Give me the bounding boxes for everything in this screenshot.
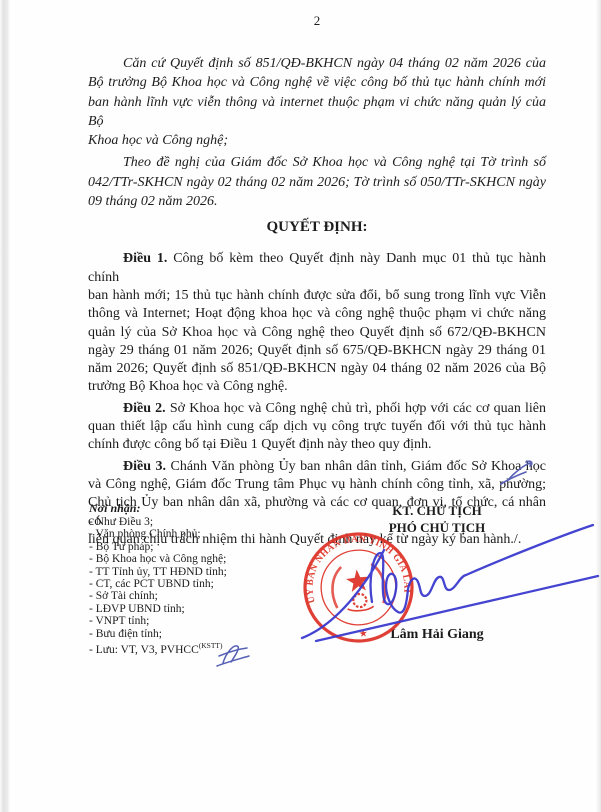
- text-line: Theo đề nghị của Giám đốc Sở Khoa học và…: [88, 153, 546, 172]
- text-line: 042/TTr-SKHCN ngày 02 tháng 02 năm 2026;…: [88, 173, 546, 192]
- text-line: thông và Internet; Hoạt động khoa học và…: [88, 305, 546, 323]
- text-line: ban hành mới; 15 thủ tục hành chính được…: [88, 287, 546, 305]
- paraph-initial-luu: [213, 641, 255, 667]
- paragraph: Theo đề nghị của Giám đốc Sở Khoa học và…: [88, 153, 546, 211]
- scan-edge-left: [0, 0, 10, 812]
- text-line: Điều 3. Chánh Văn phòng Ủy ban nhân dân …: [88, 458, 546, 476]
- paragraph: Căn cứ Quyết định số 851/QĐ-BKHCN ngày 0…: [88, 54, 546, 150]
- text-line: Khoa học và Công nghệ;: [88, 131, 546, 150]
- signature-letters: [371, 553, 466, 613]
- signature-upstroke: [466, 525, 593, 575]
- text-line: chính được công bố tại Điều 1 Quyết định…: [88, 436, 546, 454]
- text-line: ban hành lĩnh vực viễn thông và internet…: [88, 93, 546, 132]
- text-line: năm 2026; Quyết định số 851/QĐ-BKHCN ngà…: [88, 360, 546, 378]
- text-line: Điều 1. Công bố kèm theo Quyết định này …: [88, 250, 546, 287]
- text-line: và Công nghệ, Giám đốc Trung tâm Phục vụ…: [88, 476, 546, 494]
- text-line: Điều 2. Sở Khoa học và Công nghệ chủ trì…: [88, 400, 546, 418]
- scan-edge-right: [596, 0, 601, 812]
- text-line: quan thiết lập cấu hình cung cấp dịch vụ…: [88, 418, 546, 436]
- paraph-initial-article3: [496, 459, 540, 487]
- text-line: trưởng Bộ Khoa học và Công nghệ.: [88, 378, 546, 396]
- signature-underline: [316, 576, 598, 641]
- handwritten-signature: [280, 512, 601, 652]
- text-line: 09 tháng 02 năm 2026.: [88, 192, 546, 211]
- page-number: 2: [88, 13, 546, 29]
- text-line: Căn cứ Quyết định số 851/QĐ-BKHCN ngày 0…: [88, 54, 546, 73]
- document-page: 2 Căn cứ Quyết định số 851/QĐ-BKHCN ngày…: [0, 0, 601, 812]
- text-line: ngày 29 tháng 01 năm 2026; Quyết định số…: [88, 342, 546, 360]
- paragraph: Điều 2. Sở Khoa học và Công nghệ chủ trì…: [88, 400, 546, 455]
- paragraph: Điều 1. Công bố kèm theo Quyết định này …: [88, 250, 546, 396]
- document-body: Căn cứ Quyết định số 851/QĐ-BKHCN ngày 0…: [88, 54, 546, 549]
- text-line: Bộ trưởng Bộ Khoa học và Công nghệ về vi…: [88, 73, 546, 92]
- section-heading: QUYẾT ĐỊNH:: [88, 217, 546, 237]
- text-line: quản lý của Sở Khoa học và Công nghệ the…: [88, 324, 546, 342]
